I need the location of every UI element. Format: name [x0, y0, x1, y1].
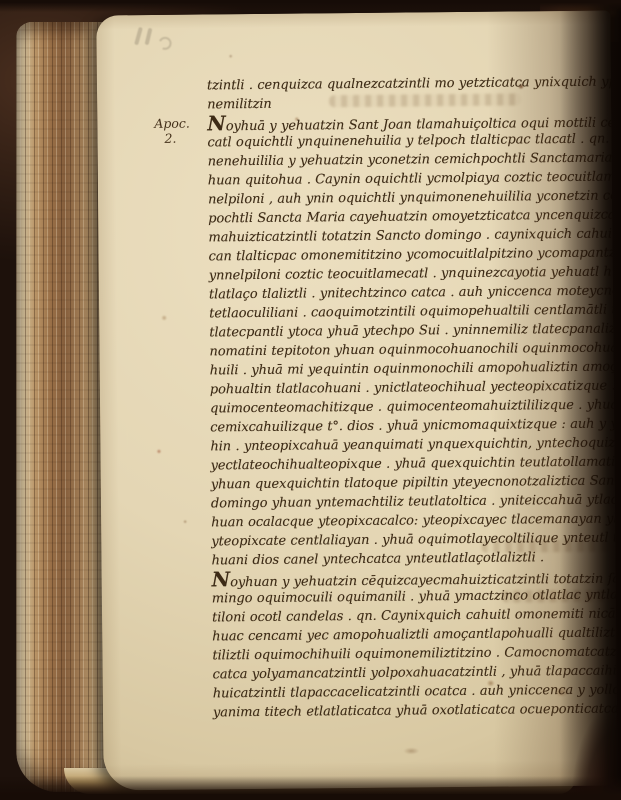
- foxing-spot: [229, 54, 233, 58]
- manuscript-text-block: tzintli . cenquizca qualnezcatzintli mo …: [207, 73, 618, 723]
- manuscript-photo: Apoc. 2. tzintli . cenquizca qualnezcatz…: [0, 0, 621, 800]
- margin-citation: Apoc. 2.: [154, 116, 190, 146]
- foxing-spot: [161, 315, 167, 321]
- foxing-spot: [156, 449, 161, 454]
- pencil-inscription: [124, 23, 194, 64]
- top-cover-shadow: [0, 0, 621, 12]
- margin-citation-book: Apoc.: [154, 116, 190, 131]
- book-fore-edge-pages: [16, 22, 110, 792]
- margin-citation-chapter: 2.: [154, 131, 190, 146]
- foxing-spot: [183, 520, 187, 524]
- foxing-spot: [403, 747, 419, 754]
- manuscript-page: Apoc. 2. tzintli . cenquizca qualnezcatz…: [96, 11, 617, 791]
- manuscript-line: yteopixcate centlaliayan . yhuā oquimotl…: [211, 529, 617, 552]
- manuscript-line: yanima titech etlatlaticatca yhuā oxotla…: [213, 699, 618, 722]
- manuscript-line: tzintli . cenquizca qualnezcatzintli mo …: [207, 73, 613, 96]
